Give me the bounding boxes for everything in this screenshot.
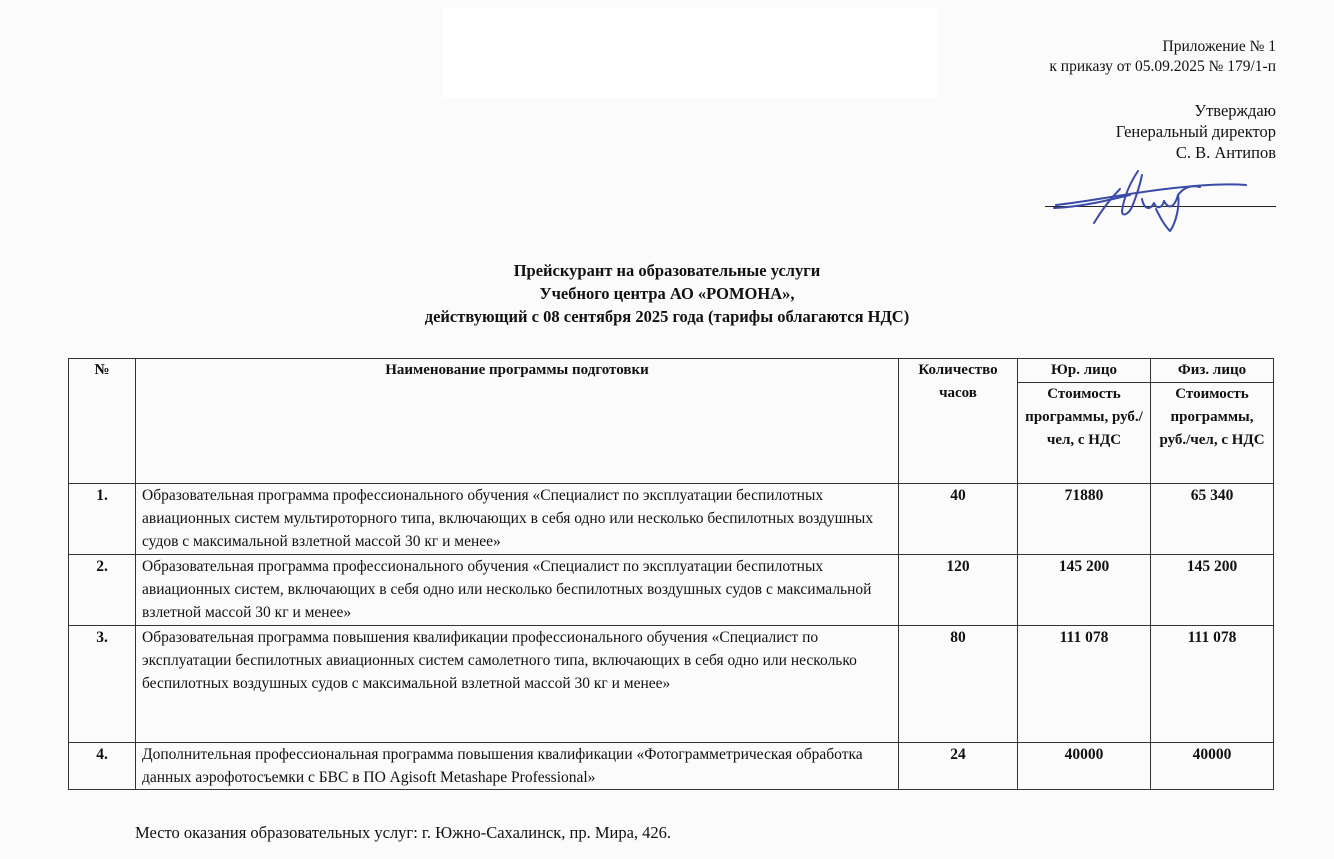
- legal-entity-price: 111 078: [1018, 626, 1151, 743]
- header-individual: Физ. лицо: [1151, 359, 1274, 383]
- program-hours: 80: [899, 626, 1018, 743]
- approve-word: Утверждаю: [1116, 100, 1276, 121]
- redacted-area: [443, 8, 938, 98]
- row-number: 2.: [69, 555, 136, 626]
- program-name: Образовательная программа повышения квал…: [136, 626, 899, 743]
- title-line-1: Прейскурант на образовательные услуги: [0, 259, 1334, 282]
- program-hours: 120: [899, 555, 1018, 626]
- table-row: 4. Дополнительная профессиональная прогр…: [69, 743, 1274, 790]
- header-individual-cost: Стоимость программы, руб./чел, с НДС: [1151, 383, 1274, 484]
- table-row: 2. Образовательная программа профессиона…: [69, 555, 1274, 626]
- header-program-name: Наименование программы подготовки: [136, 359, 899, 484]
- legal-entity-price: 145 200: [1018, 555, 1151, 626]
- legal-entity-price: 40000: [1018, 743, 1151, 790]
- price-table: № Наименование программы подготовки Коли…: [68, 358, 1274, 790]
- approval-block: Утверждаю Генеральный директор С. В. Ант…: [1116, 100, 1276, 163]
- header-legal-entity: Юр. лицо: [1018, 359, 1151, 383]
- program-hours: 24: [899, 743, 1018, 790]
- service-location: Место оказания образовательных услуг: г.…: [135, 822, 671, 844]
- program-name: Образовательная программа профессиональн…: [136, 555, 899, 626]
- header-legal-entity-cost: Стоимость программы, руб./чел, с НДС: [1018, 383, 1151, 484]
- row-number: 3.: [69, 626, 136, 743]
- table-row: 1. Образовательная программа профессиона…: [69, 484, 1274, 555]
- header-number: №: [69, 359, 136, 484]
- header-hours: Количество часов: [899, 359, 1018, 484]
- title-line-3: действующий с 08 сентября 2025 года (тар…: [0, 305, 1334, 328]
- program-name: Образовательная программа профессиональн…: [136, 484, 899, 555]
- row-number: 1.: [69, 484, 136, 555]
- title-line-2: Учебного центра АО «РОМОНА»,: [0, 282, 1334, 305]
- individual-price: 65 340: [1151, 484, 1274, 555]
- individual-price: 40000: [1151, 743, 1274, 790]
- annex-number: Приложение № 1: [1049, 37, 1276, 57]
- table-row: 3. Образовательная программа повышения к…: [69, 626, 1274, 743]
- individual-price: 111 078: [1151, 626, 1274, 743]
- annex-reference: Приложение № 1 к приказу от 05.09.2025 №…: [1049, 37, 1276, 77]
- row-number: 4.: [69, 743, 136, 790]
- program-name: Дополнительная профессиональная программ…: [136, 743, 899, 790]
- individual-price: 145 200: [1151, 555, 1274, 626]
- legal-entity-price: 71880: [1018, 484, 1151, 555]
- approver-name: С. В. Антипов: [1116, 142, 1276, 163]
- annex-order: к приказу от 05.09.2025 № 179/1-п: [1049, 57, 1276, 77]
- signature-icon: [1050, 165, 1250, 237]
- document-title: Прейскурант на образовательные услуги Уч…: [0, 259, 1334, 328]
- approver-position: Генеральный директор: [1116, 121, 1276, 142]
- program-hours: 40: [899, 484, 1018, 555]
